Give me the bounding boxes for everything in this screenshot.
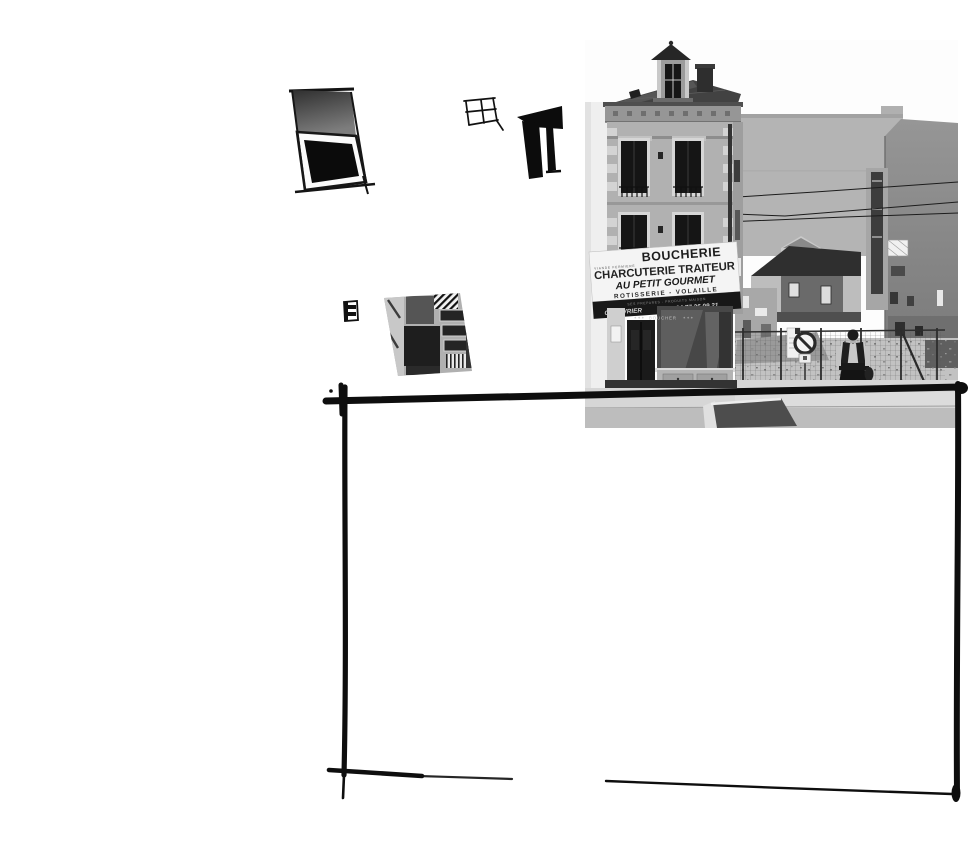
ink-frame [0, 0, 970, 850]
frame-right-line [957, 384, 958, 795]
frame-bottom-right-line [606, 781, 952, 794]
frame-top-line [326, 387, 961, 401]
frame-left-line [344, 387, 345, 775]
collage-artwork: BOUCHERIE VIANDE FERMIERE CHARCUTERIE TR… [0, 0, 970, 850]
frame-bottom-right-blob [952, 784, 961, 802]
frame-top-right-blob [954, 382, 968, 394]
